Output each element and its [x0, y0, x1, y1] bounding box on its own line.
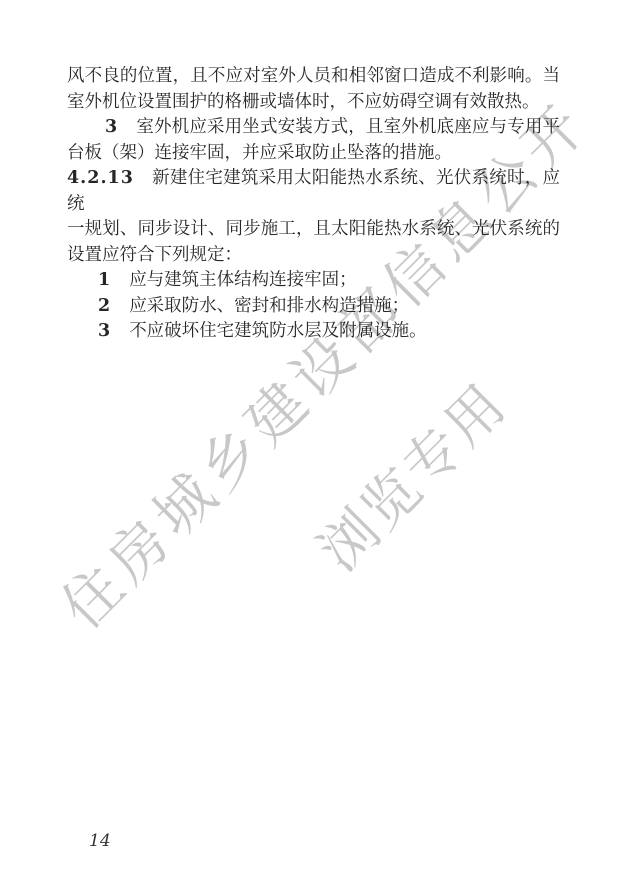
page-number: 14	[89, 831, 111, 851]
line-text: 不应破坏住宅建筑防水层及附属设施。	[129, 321, 427, 341]
body-text: 风不良的位置，且不应对室外人员和相邻窗口造成不利影响。当室外机位设置围护的格栅或…	[67, 64, 560, 345]
text-line: 室外机位设置围护的格栅或墙体时，不应妨碍空调有效散热。	[67, 90, 560, 116]
clause-number: 3	[105, 117, 118, 137]
line-text: 风不良的位置，且不应对室外人员和相邻窗口造成不利影响。当	[67, 66, 560, 86]
text-line: 台板（架）连接牢固，并应采取防止坠落的措施。	[67, 141, 560, 167]
text-line: 一规划、同步设计、同步施工，且太阳能热水系统、光伏系统的	[67, 217, 560, 243]
text-line: 2应采取防水、密封和排水构造措施；	[67, 294, 560, 320]
line-text: 新建住宅建筑采用太阳能热水系统、光伏系统时，应统	[67, 168, 560, 214]
clause-number: 4.2.13	[67, 168, 134, 188]
document-page: 住房城乡建设部信息公开 浏览专用 风不良的位置，且不应对室外人员和相邻窗口造成不…	[0, 0, 635, 869]
text-line: 4.2.13新建住宅建筑采用太阳能热水系统、光伏系统时，应统	[67, 166, 560, 217]
text-line: 风不良的位置，且不应对室外人员和相邻窗口造成不利影响。当	[67, 64, 560, 90]
text-line: 3不应破坏住宅建筑防水层及附属设施。	[67, 319, 560, 345]
line-text: 应采取防水、密封和排水构造措施；	[129, 296, 409, 316]
line-text: 设置应符合下列规定：	[67, 245, 242, 265]
clause-number: 1	[98, 270, 111, 290]
line-text: 应与建筑主体结构连接牢固；	[129, 270, 357, 290]
line-text: 室外机位设置围护的格栅或墙体时，不应妨碍空调有效散热。	[67, 92, 540, 112]
watermark-line-2: 浏览专用	[311, 375, 517, 581]
text-line: 3室外机应采用坐式安装方式，且室外机底座应与专用平	[67, 115, 560, 141]
clause-number: 2	[98, 296, 111, 316]
text-line: 设置应符合下列规定：	[67, 243, 560, 269]
line-text: 台板（架）连接牢固，并应采取防止坠落的措施。	[67, 143, 452, 163]
text-line: 1应与建筑主体结构连接牢固；	[67, 268, 560, 294]
clause-number: 3	[98, 321, 111, 341]
line-text: 一规划、同步设计、同步施工，且太阳能热水系统、光伏系统的	[67, 219, 560, 239]
line-text: 室外机应采用坐式安装方式，且室外机底座应与专用平	[136, 117, 560, 137]
